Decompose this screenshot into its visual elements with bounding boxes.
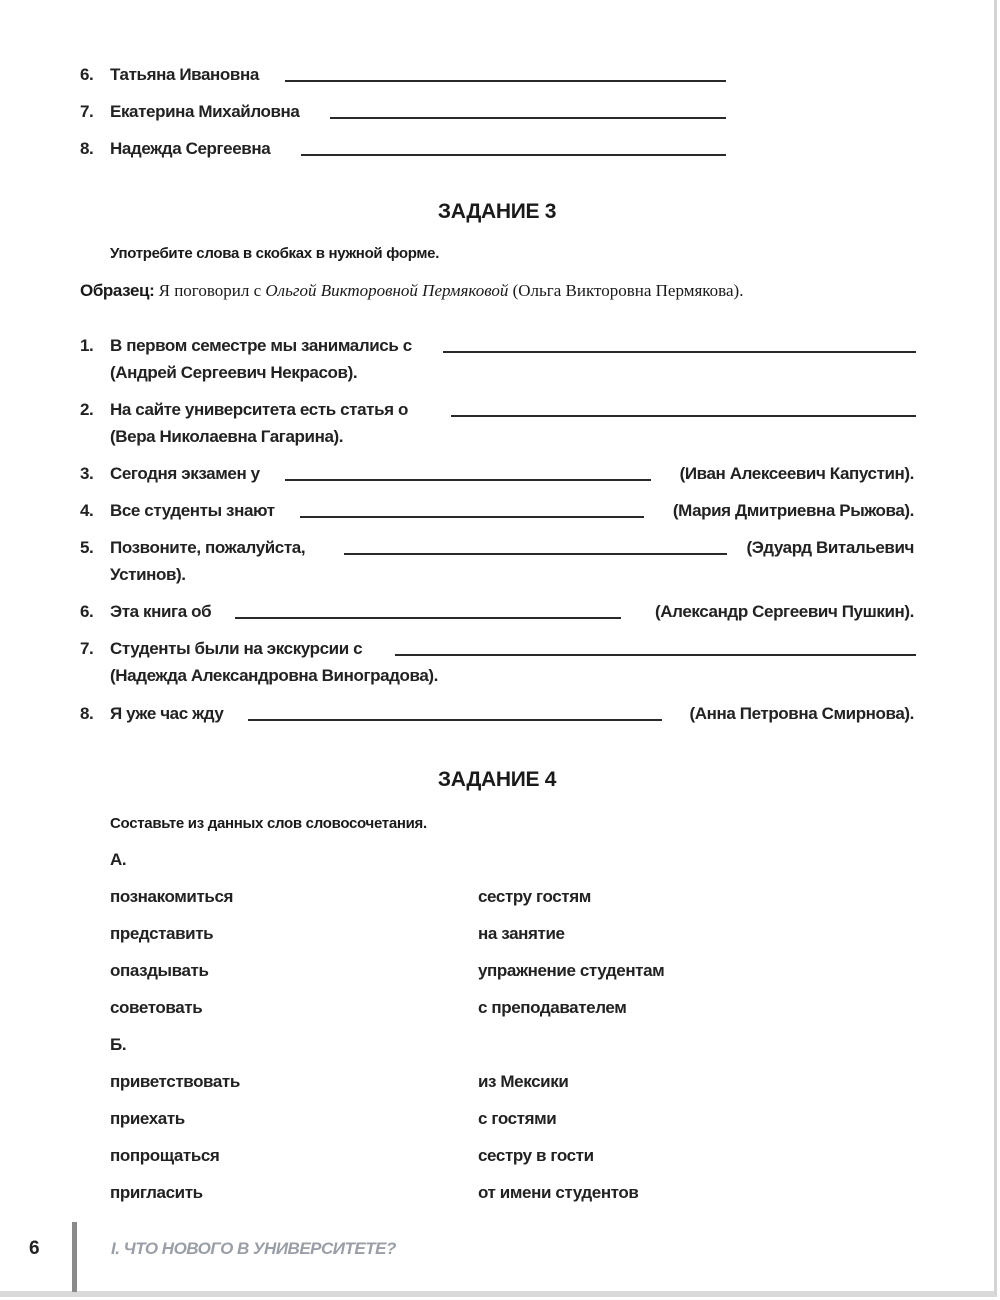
item-text: Позвоните, пожалуйста, [110, 538, 305, 558]
answer-blank[interactable] [443, 351, 916, 353]
item-number: 8. [80, 704, 93, 724]
item-number: 6. [80, 602, 93, 622]
item-hint: (Анна Петровна Смирнова). [690, 704, 915, 724]
right-word: с преподавателем [478, 998, 626, 1018]
item-text: Сегодня экзамен у [110, 464, 260, 484]
item-number: 7. [80, 639, 93, 659]
left-word: попрощаться [110, 1146, 219, 1166]
right-word: с гостями [478, 1109, 556, 1129]
task3-instruction: Употребите слова в скобках в нужной форм… [110, 245, 439, 262]
item-text: Я уже час жду [110, 704, 223, 724]
chapter-title: I. ЧТО НОВОГО В УНИВЕРСИТЕТЕ? [111, 1239, 396, 1259]
group-label-b: Б. [110, 1035, 126, 1055]
item-hint: (Эдуард Витальевич [747, 538, 914, 558]
answer-blank[interactable] [395, 654, 916, 656]
right-word: на занятие [478, 924, 565, 944]
item-number: 3. [80, 464, 93, 484]
sample-label: Образец: [80, 281, 154, 300]
item-hint-continued: Устинов). [110, 565, 186, 585]
item-number: 1. [80, 336, 93, 356]
item-text: Все студенты знают [110, 501, 275, 521]
footer-divider [72, 1222, 77, 1292]
answer-blank[interactable] [300, 516, 644, 518]
right-word: из Мексики [478, 1072, 568, 1092]
answer-blank[interactable] [344, 553, 727, 555]
item-number: 5. [80, 538, 93, 558]
item-number: 2. [80, 400, 93, 420]
task4-heading: ЗАДАНИЕ 4 [0, 768, 994, 792]
left-word: приветствовать [110, 1072, 240, 1092]
answer-blank[interactable] [301, 154, 726, 156]
item-hint: (Надежда Александровна Виноградова). [110, 666, 438, 686]
left-word: представить [110, 924, 213, 944]
item-text: Татьяна Ивановна [110, 65, 259, 85]
answer-blank[interactable] [330, 117, 726, 119]
document-page: 6. Татьяна Ивановна 7. Екатерина Михайло… [0, 0, 997, 1297]
sample-text-after: (Ольга Викторовна Пермякова). [508, 281, 743, 300]
item-text: Эта книга об [110, 602, 211, 622]
answer-blank[interactable] [285, 80, 726, 82]
item-text: Студенты были на экскурсии с [110, 639, 362, 659]
left-word: советовать [110, 998, 202, 1018]
sample-text-italic: Ольгой Викторовной Пермяковой [265, 281, 508, 300]
answer-blank[interactable] [235, 617, 621, 619]
answer-blank[interactable] [451, 415, 916, 417]
task3-sample: Образец: Я поговорил с Ольгой Викторовно… [80, 281, 743, 301]
left-word: опаздывать [110, 961, 209, 981]
item-hint: (Вера Николаевна Гагарина). [110, 427, 343, 447]
sample-text-before: Я поговорил с [154, 281, 265, 300]
task3-heading: ЗАДАНИЕ 3 [0, 200, 994, 224]
left-word: познакомиться [110, 887, 233, 907]
task4-instruction: Составьте из данных слов словосочетания. [110, 815, 427, 832]
item-number: 6. [80, 65, 93, 85]
item-text: Надежда Сергеевна [110, 139, 270, 159]
left-word: пригласить [110, 1183, 203, 1203]
page-number: 6 [29, 1238, 40, 1260]
right-word: сестру в гости [478, 1146, 594, 1166]
item-hint: (Александр Сергеевич Пушкин). [655, 602, 914, 622]
right-word: от имени студентов [478, 1183, 638, 1203]
item-number: 7. [80, 102, 93, 122]
item-text: На сайте университета есть статья о [110, 400, 408, 420]
group-label-a: А. [110, 850, 126, 870]
item-number: 4. [80, 501, 93, 521]
right-word: сестру гостям [478, 887, 591, 907]
left-word: приехать [110, 1109, 185, 1129]
item-hint: (Мария Дмитриевна Рыжова). [673, 501, 914, 521]
answer-blank[interactable] [248, 719, 662, 721]
item-text: Екатерина Михайловна [110, 102, 299, 122]
item-number: 8. [80, 139, 93, 159]
right-word: упражнение студентам [478, 961, 664, 981]
item-hint: (Иван Алексеевич Капустин). [680, 464, 914, 484]
item-hint: (Андрей Сергеевич Некрасов). [110, 363, 357, 383]
item-text: В первом семестре мы занимались с [110, 336, 412, 356]
answer-blank[interactable] [285, 479, 651, 481]
